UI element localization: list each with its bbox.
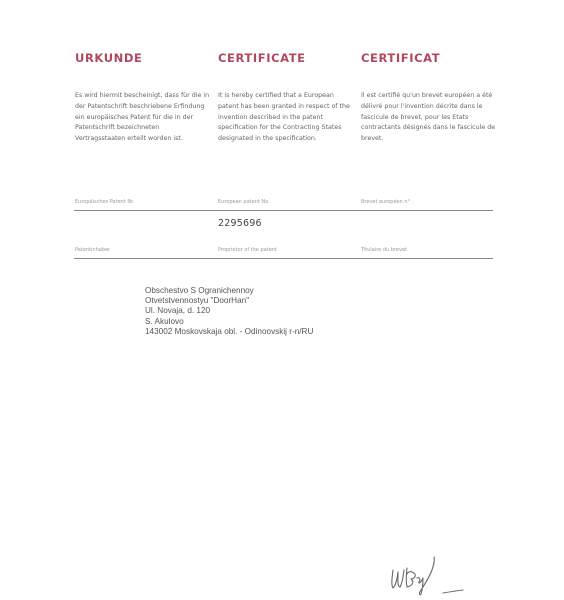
patent-number-label-german: Europäisches Patent Nr. [75, 199, 134, 205]
intro-german: Es wird hiermit bescheinigt, dass für di… [75, 91, 211, 145]
intro-english: It is hereby certified that a European p… [218, 91, 354, 145]
proprietor-label-french: Titulaire du brevet [361, 247, 407, 253]
proprietor-address: Obschestvo S Ogranichennoy Otvetstvennos… [145, 286, 313, 337]
intro-french: Il est certifié qu'un brevet européen a … [361, 91, 497, 145]
divider [74, 210, 493, 211]
proprietor-label-german: Patentinhaber [75, 247, 110, 253]
proprietor-line: Obschestvo S Ogranichennoy [145, 286, 313, 296]
proprietor-line: Otvetstvennostyu "DoorHan" [145, 296, 313, 306]
proprietor-line: Ul. Novaja, d. 120 [145, 306, 313, 316]
title-french: CERTIFICAT [361, 51, 440, 65]
proprietor-line: 143002 Moskovskaja obl. - Odinoovskij r-… [145, 327, 313, 337]
patent-number: 2295696 [218, 218, 262, 229]
title-english: CERTIFICATE [218, 51, 306, 65]
certificate-page: URKUNDE CERTIFICATE CERTIFICAT Es wird h… [0, 0, 564, 600]
divider [74, 258, 493, 259]
signature-icon [385, 548, 475, 598]
patent-number-label-french: Brevet européen n° [361, 199, 410, 205]
patent-number-label-english: European patent No. [218, 199, 270, 205]
title-german: URKUNDE [75, 51, 142, 65]
proprietor-label-english: Proprietor of the patent [218, 247, 277, 253]
proprietor-line: S. Akulovo [145, 317, 313, 327]
